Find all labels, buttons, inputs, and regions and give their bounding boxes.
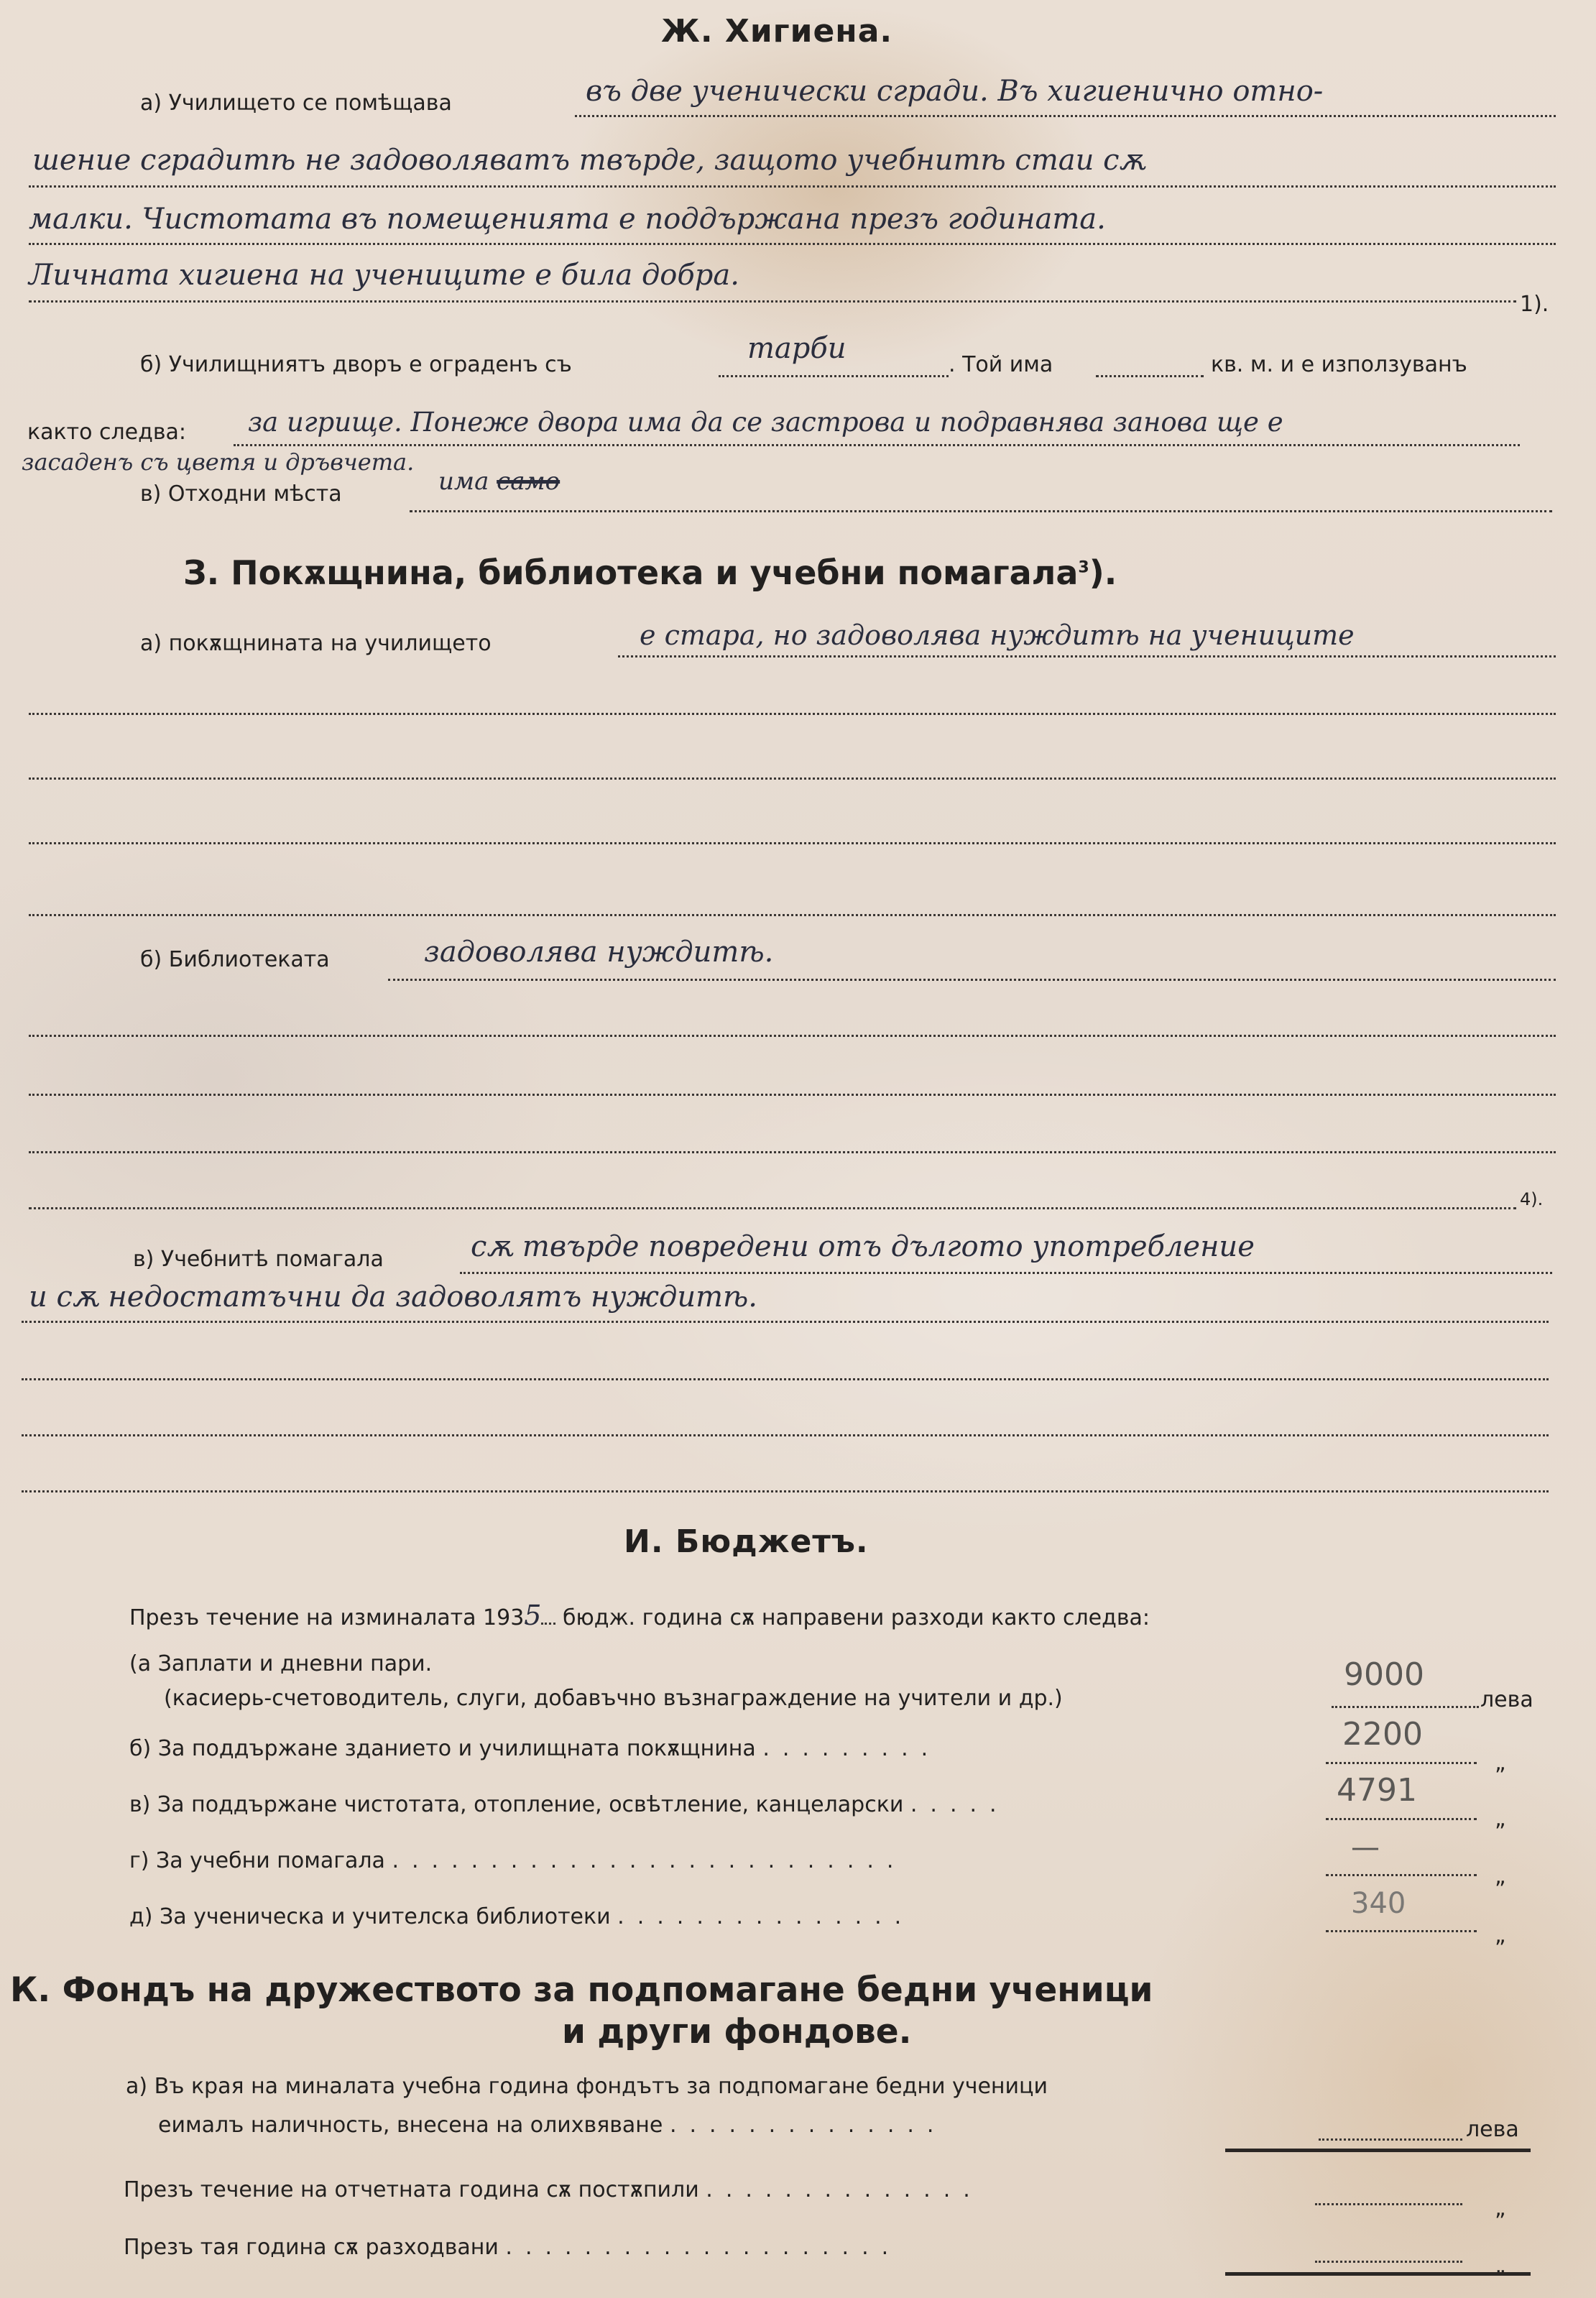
library-handwriting: задоволява нуждитѣ. bbox=[424, 936, 773, 969]
fund-balance-line bbox=[1319, 2138, 1462, 2141]
fund-balance-label-1: а) Въ края на миналата учебна година фон… bbox=[126, 2074, 1048, 2099]
teaching-aids-line-1 bbox=[460, 1272, 1552, 1274]
section-z-title-end: ). bbox=[1089, 553, 1117, 592]
furniture-label: а) покѫщнината на училището bbox=[140, 631, 492, 656]
budget-teaching-aids-value: — bbox=[1351, 1831, 1380, 1864]
budget-building-label: б) За поддържане зданието и училищната п… bbox=[129, 1736, 756, 1761]
fund-balance-label-2: еималъ наличность, внесена на олихвяване… bbox=[158, 2113, 946, 2138]
yard-usage-handwriting-2: засаденъ съ цветя и дръвчета. bbox=[22, 448, 414, 476]
premises-label: а) Училището се помѣщава bbox=[140, 91, 452, 116]
yard-usage-prefix: както следва: bbox=[27, 420, 186, 445]
budget-salaries-value: 9000 bbox=[1344, 1656, 1424, 1693]
budget-intro: Презъ течение на изминалата 1935 бюдж. г… bbox=[129, 1600, 1150, 1631]
budget-libraries-value: 340 bbox=[1351, 1887, 1406, 1920]
library-line-5 bbox=[29, 1207, 1516, 1209]
fund-balance-rule bbox=[1225, 2149, 1531, 2152]
section-i-title: И. Бюджетъ. bbox=[624, 1523, 869, 1560]
fund-spent-text: Презъ тая година сѫ разходвани bbox=[124, 2235, 499, 2260]
library-line-4 bbox=[29, 1151, 1556, 1153]
budget-intro-end: бюдж. година сѫ направени разходи както … bbox=[563, 1605, 1150, 1630]
budget-teaching-aids-unit: „ bbox=[1495, 1864, 1506, 1889]
budget-libraries-label: д) За ученическа и учителска библиотеки bbox=[129, 1904, 611, 1929]
premises-line-1 bbox=[575, 115, 1556, 117]
leader-dots: .................... bbox=[505, 2235, 901, 2260]
yard-usage-label: кв. м. и е използуванъ bbox=[1211, 352, 1467, 377]
premises-line-4 bbox=[29, 300, 1516, 303]
budget-libraries-unit: „ bbox=[1495, 1923, 1506, 1948]
budget-item-teaching-aids: г) За учебни помагала ..................… bbox=[129, 1848, 906, 1873]
fund-balance-text: еималъ наличность, внесена на олихвяване bbox=[158, 2113, 663, 2138]
budget-item-building: б) За поддържане зданието и училищната п… bbox=[129, 1736, 941, 1761]
furniture-line-4 bbox=[29, 842, 1556, 844]
teaching-aids-handwriting-1: сѫ твърде повредени отъ дългото употребл… bbox=[471, 1230, 1255, 1263]
fund-spent-rule bbox=[1225, 2272, 1531, 2276]
yard-area-label: . Той има bbox=[949, 352, 1053, 377]
teaching-aids-line-5 bbox=[22, 1490, 1549, 1492]
budget-cleaning-value: 4791 bbox=[1337, 1772, 1417, 1809]
yard-fence-line bbox=[719, 375, 949, 377]
fund-balance-unit: лева bbox=[1466, 2117, 1519, 2142]
premises-handwriting-1: въ две ученически сгради. Въ хигиенично … bbox=[586, 75, 1323, 108]
library-line-1 bbox=[388, 979, 1556, 981]
budget-building-value: 2200 bbox=[1342, 1716, 1423, 1753]
section-k-title-line2: и други фондове. bbox=[562, 2012, 912, 2052]
premises-handwriting-4: Личната хигиена на учениците е била добр… bbox=[29, 259, 739, 292]
budget-year-handwriting: 5 bbox=[524, 1600, 541, 1631]
teaching-aids-label: в) Учебнитѣ помагала bbox=[133, 1247, 384, 1272]
fund-spent-line bbox=[1315, 2261, 1462, 2263]
budget-item-cleaning: в) За поддържане чистотата, отопление, о… bbox=[129, 1792, 1010, 1817]
budget-cleaning-unit: „ bbox=[1495, 1806, 1506, 1832]
section-z-title-text: З. Покѫщнина, библиотека и учебни помага… bbox=[183, 553, 1078, 592]
yard-label: б) Училищниятъ дворъ е ограденъ съ bbox=[140, 352, 572, 377]
budget-salaries-unit: лева bbox=[1480, 1687, 1533, 1712]
yard-usage-line bbox=[234, 444, 1520, 446]
furniture-handwriting: е стара, но задоволява нуждитѣ на учениц… bbox=[640, 619, 1355, 651]
section-z-footnote-mark: 3 bbox=[1078, 559, 1089, 577]
teaching-aids-line-2 bbox=[22, 1321, 1549, 1323]
section-k-title-line1: К. Фондъ на дружеството за подпомагане б… bbox=[10, 1970, 1153, 2010]
toilets-line bbox=[410, 510, 1552, 512]
leader-dots: ......... bbox=[762, 1736, 941, 1761]
premises-handwriting-2: шение сградитѣ не задоволяватъ твърде, з… bbox=[32, 144, 1145, 177]
teaching-aids-line-4 bbox=[22, 1434, 1549, 1436]
library-line-3 bbox=[29, 1094, 1556, 1096]
budget-intro-start: Презъ течение на изминалата 193 bbox=[129, 1605, 524, 1630]
leader-dots: .............. bbox=[706, 2177, 983, 2202]
budget-salaries-line bbox=[1332, 1706, 1479, 1708]
budget-libraries-line bbox=[1326, 1930, 1477, 1932]
furniture-line-2 bbox=[29, 713, 1556, 715]
budget-teaching-aids-line bbox=[1326, 1874, 1477, 1876]
fund-received-line bbox=[1315, 2203, 1462, 2205]
budget-teaching-aids-label: г) За учебни помагала bbox=[129, 1848, 385, 1873]
budget-cleaning-label: в) За поддържане чистотата, отопление, о… bbox=[129, 1792, 903, 1817]
teaching-aids-handwriting-2: и сѫ недостатъчни да задоволятъ нуждитѣ. bbox=[29, 1280, 757, 1314]
footnote-1: 1). bbox=[1520, 292, 1549, 317]
premises-line-2 bbox=[29, 185, 1556, 188]
yard-fence-handwriting: тарби bbox=[747, 332, 847, 365]
budget-item-salaries-detail: (касиерь-счетоводитель, слуги, добавъчно… bbox=[164, 1686, 1063, 1711]
premises-line-3 bbox=[29, 243, 1556, 245]
footnote-4: 4). bbox=[1520, 1189, 1543, 1209]
budget-item-salaries: (а Заплати и дневни пари. bbox=[129, 1651, 432, 1676]
teaching-aids-line-3 bbox=[22, 1378, 1549, 1380]
leader-dots: ..... bbox=[910, 1792, 1010, 1817]
yard-usage-handwriting-1: за игрище. Понеже двора има да се застро… bbox=[248, 407, 1283, 438]
toilets-label: в) Отходни мѣста bbox=[140, 481, 342, 507]
furniture-line-5 bbox=[29, 914, 1556, 916]
leader-dots: ............... bbox=[617, 1904, 914, 1929]
budget-cleaning-line bbox=[1326, 1818, 1477, 1820]
furniture-line-3 bbox=[29, 777, 1556, 780]
toilets-handwriting: има само bbox=[438, 467, 560, 496]
section-zh-title: Ж. Хигиена. bbox=[661, 13, 892, 50]
leader-dots: .............. bbox=[670, 2113, 947, 2138]
fund-received-unit: „ bbox=[1495, 2196, 1506, 2221]
budget-building-line bbox=[1326, 1762, 1477, 1764]
fund-spent-label: Презъ тая година сѫ разходвани .........… bbox=[124, 2235, 901, 2260]
toilets-struck-word: само bbox=[497, 467, 560, 496]
toilets-value: има bbox=[438, 467, 489, 496]
fund-received-text: Презъ течение на отчетната година сѫ пос… bbox=[124, 2177, 699, 2202]
yard-area-line bbox=[1096, 375, 1204, 377]
budget-building-unit: „ bbox=[1495, 1750, 1506, 1776]
leader-dots: .......................... bbox=[392, 1848, 906, 1873]
section-z-title: З. Покѫщнина, библиотека и учебни помага… bbox=[183, 553, 1117, 592]
fund-received-label: Презъ течение на отчетната година сѫ пос… bbox=[124, 2177, 983, 2202]
library-line-2 bbox=[29, 1035, 1556, 1037]
budget-item-libraries: д) За ученическа и учителска библиотеки … bbox=[129, 1904, 914, 1929]
premises-handwriting-3: малки. Чистотата въ помещенията е поддър… bbox=[29, 203, 1106, 236]
library-label: б) Библиотеката bbox=[140, 947, 330, 972]
furniture-line-1 bbox=[618, 655, 1556, 657]
